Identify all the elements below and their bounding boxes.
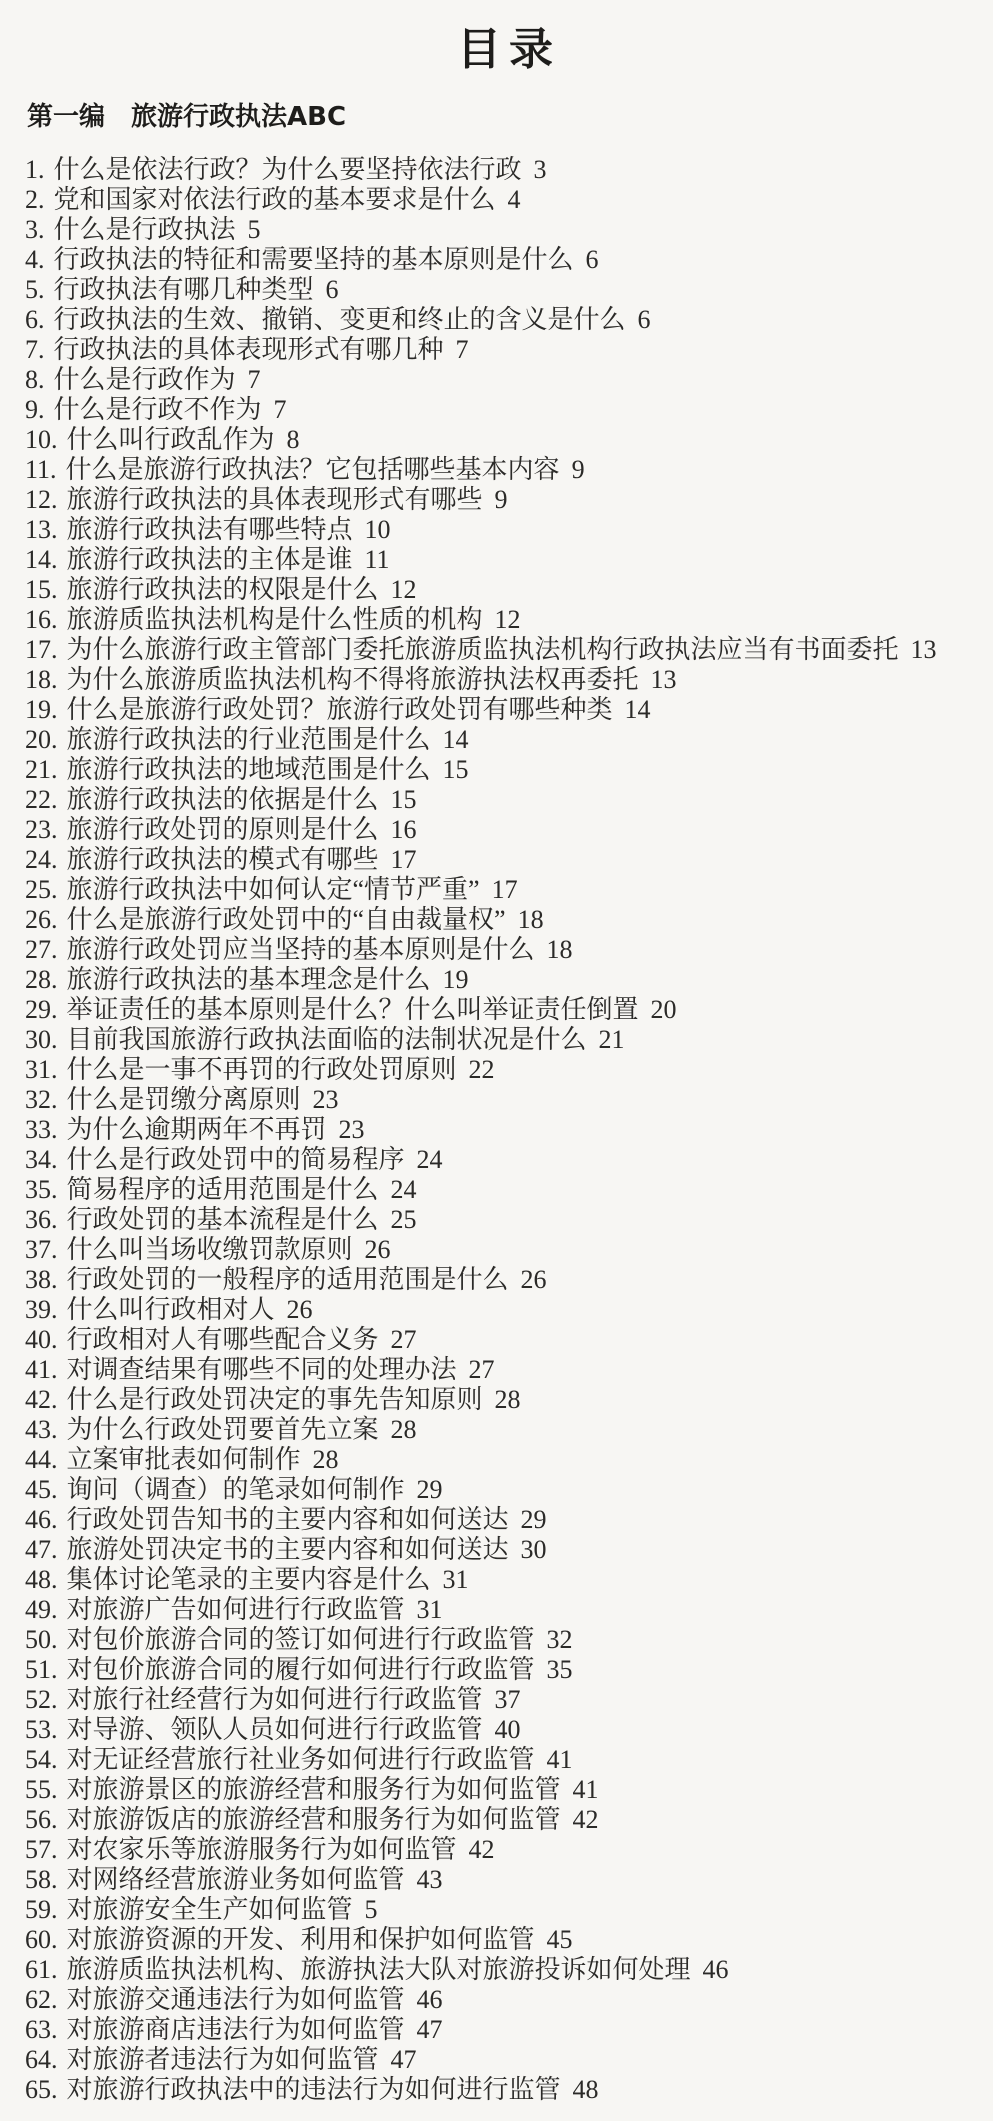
toc-entry-number: 36. xyxy=(25,1205,58,1235)
toc-entry: 39.什么叫行政相对人26 xyxy=(25,1295,985,1325)
toc-entry-number: 4. xyxy=(25,245,45,275)
toc-entry: 20.旅游行政执法的行业范围是什么14 xyxy=(25,725,985,755)
toc-entry-title: 旅游行政执法有哪些特点 xyxy=(67,515,353,544)
toc-entry-number: 27. xyxy=(25,935,58,965)
toc-entry-page: 17 xyxy=(492,875,518,905)
toc-entry: 32.什么是罚缴分离原则23 xyxy=(25,1085,985,1115)
toc-entry-page: 26 xyxy=(365,1235,391,1265)
toc-entry-title: 行政执法的特征和需要坚持的基本原则是什么 xyxy=(54,245,574,274)
toc-entry: 21.旅游行政执法的地域范围是什么15 xyxy=(25,755,985,785)
toc-entry-page: 24 xyxy=(417,1145,443,1175)
toc-entry-page: 4 xyxy=(508,185,521,215)
toc-entry: 28.旅游行政执法的基本理念是什么19 xyxy=(25,965,985,995)
toc-entry-number: 13. xyxy=(25,515,58,545)
toc-entry-title: 对无证经营旅行社业务如何进行行政监管 xyxy=(67,1745,535,1774)
toc-entry-number: 15. xyxy=(25,575,58,605)
toc-entry-title: 什么叫行政相对人 xyxy=(67,1295,275,1324)
toc-entry-page: 43 xyxy=(417,1865,443,1895)
toc-entry-title: 对旅游者违法行为如何监管 xyxy=(67,2045,379,2074)
toc-entry-title: 集体讨论笔录的主要内容是什么 xyxy=(67,1565,431,1594)
toc-entry-page: 22 xyxy=(469,1055,495,1085)
toc-entry-title: 行政处罚告知书的主要内容和如何送达 xyxy=(67,1505,509,1534)
toc-entry: 25.旅游行政执法中如何认定“情节严重”17 xyxy=(25,875,985,905)
toc-entry: 41.对调查结果有哪些不同的处理办法27 xyxy=(25,1355,985,1385)
toc-entry-number: 43. xyxy=(25,1415,58,1445)
toc-entry-title: 对包价旅游合同的签订如何进行行政监管 xyxy=(67,1625,535,1654)
toc-entry-page: 23 xyxy=(339,1115,365,1145)
toc-entry-number: 38. xyxy=(25,1265,58,1295)
toc-entry: 65.对旅游行政执法中的违法行为如何进行监管48 xyxy=(25,2075,985,2105)
toc-entry-title: 行政执法有哪几种类型 xyxy=(54,275,314,304)
toc-entry: 5.行政执法有哪几种类型6 xyxy=(25,275,985,305)
toc-entry-page: 41 xyxy=(573,1775,599,1805)
toc-entry-number: 59. xyxy=(25,1895,58,1925)
toc-entry-title: 询问（调查）的笔录如何制作 xyxy=(67,1475,405,1504)
toc-entry-page: 23 xyxy=(313,1085,339,1115)
toc-entry-number: 29. xyxy=(25,995,58,1025)
toc-entry: 42.什么是行政处罚决定的事先告知原则28 xyxy=(25,1385,985,1415)
toc-entry-title: 对旅游商店违法行为如何监管 xyxy=(67,2015,405,2044)
toc-entry-number: 44. xyxy=(25,1445,58,1475)
toc-entry-number: 17. xyxy=(25,635,58,665)
toc-entry-title: 对旅游安全生产如何监管 xyxy=(67,1895,353,1924)
toc-entry: 54.对无证经营旅行社业务如何进行行政监管41 xyxy=(25,1745,985,1775)
toc-entry-page: 29 xyxy=(417,1475,443,1505)
toc-entry-page: 24 xyxy=(391,1175,417,1205)
toc-entry-page: 31 xyxy=(417,1595,443,1625)
toc-entry: 10.什么叫行政乱作为8 xyxy=(25,425,985,455)
toc-entry-title: 旅游行政处罚应当坚持的基本原则是什么 xyxy=(67,935,535,964)
toc-entry-number: 49. xyxy=(25,1595,58,1625)
toc-entry: 45.询问（调查）的笔录如何制作29 xyxy=(25,1475,985,1505)
toc-entry: 18.为什么旅游质监执法机构不得将旅游执法权再委托13 xyxy=(25,665,985,695)
toc-entry-title: 什么是罚缴分离原则 xyxy=(67,1085,301,1114)
toc-entry-number: 56. xyxy=(25,1805,58,1835)
toc-entry: 47.旅游处罚决定书的主要内容和如何送达30 xyxy=(25,1535,985,1565)
toc-entry: 40.行政相对人有哪些配合义务27 xyxy=(25,1325,985,1355)
toc-entry: 1.什么是依法行政？为什么要坚持依法行政3 xyxy=(25,155,985,185)
toc-entry-number: 31. xyxy=(25,1055,58,1085)
toc-entry-title: 旅游行政执法的基本理念是什么 xyxy=(67,965,431,994)
toc-entry-page: 47 xyxy=(391,2045,417,2075)
toc-entry-number: 57. xyxy=(25,1835,58,1865)
toc-entry: 36.行政处罚的基本流程是什么25 xyxy=(25,1205,985,1235)
toc-entry-title: 对农家乐等旅游服务行为如何监管 xyxy=(67,1835,457,1864)
toc-entry-number: 47. xyxy=(25,1535,58,1565)
toc-entry-page: 46 xyxy=(417,1985,443,2015)
toc-entry-title: 为什么旅游质监执法机构不得将旅游执法权再委托 xyxy=(67,665,639,694)
toc-entry: 56.对旅游饭店的旅游经营和服务行为如何监管42 xyxy=(25,1805,985,1835)
toc-entry: 15.旅游行政执法的权限是什么12 xyxy=(25,575,985,605)
toc-entry-page: 28 xyxy=(313,1445,339,1475)
toc-entry: 52.对旅行社经营行为如何进行行政监管37 xyxy=(25,1685,985,1715)
toc-entry-number: 58. xyxy=(25,1865,58,1895)
toc-entry-title: 什么是依法行政？为什么要坚持依法行政 xyxy=(54,155,522,184)
toc-entry-number: 26. xyxy=(25,905,58,935)
toc-entry: 11.什么是旅游行政执法？它包括哪些基本内容9 xyxy=(25,455,985,485)
toc-entry-page: 40 xyxy=(495,1715,521,1745)
toc-entry: 7.行政执法的具体表现形式有哪几种7 xyxy=(25,335,985,365)
toc-entry-page: 15 xyxy=(443,755,469,785)
toc-entry-title: 旅游行政执法中如何认定“情节严重” xyxy=(67,875,480,904)
toc-entry-title: 对旅游饭店的旅游经营和服务行为如何监管 xyxy=(67,1805,561,1834)
toc-entry-title: 立案审批表如何制作 xyxy=(67,1445,301,1474)
toc-entry-page: 41 xyxy=(547,1745,573,1775)
toc-entry-page: 31 xyxy=(443,1565,469,1595)
toc-entry-title: 对旅行社经营行为如何进行行政监管 xyxy=(67,1685,483,1714)
toc-entry-number: 33. xyxy=(25,1115,58,1145)
toc-entry: 48.集体讨论笔录的主要内容是什么31 xyxy=(25,1565,985,1595)
toc-entry-title: 什么是行政执法 xyxy=(54,215,236,244)
toc-page: 目录 第一编 旅游行政执法ABC 1.什么是依法行政？为什么要坚持依法行政32.… xyxy=(0,0,993,2121)
toc-entry-number: 34. xyxy=(25,1145,58,1175)
toc-entry-page: 26 xyxy=(521,1265,547,1295)
toc-entry-title: 对调查结果有哪些不同的处理办法 xyxy=(67,1355,457,1384)
toc-entry-page: 30 xyxy=(521,1535,547,1565)
toc-entry: 29.举证责任的基本原则是什么？什么叫举证责任倒置20 xyxy=(25,995,985,1025)
toc-entry-number: 20. xyxy=(25,725,58,755)
toc-entry-title: 行政相对人有哪些配合义务 xyxy=(67,1325,379,1354)
toc-entry-number: 62. xyxy=(25,1985,58,2015)
toc-entry-title: 旅游行政执法的权限是什么 xyxy=(67,575,379,604)
toc-entry-page: 45 xyxy=(547,1925,573,1955)
toc-entry-page: 15 xyxy=(391,785,417,815)
page-title: 目录 xyxy=(25,24,985,76)
toc-entry: 58.对网络经营旅游业务如何监管43 xyxy=(25,1865,985,1895)
toc-entry-title: 什么是旅游行政处罚中的“自由裁量权” xyxy=(67,905,506,934)
toc-entry-title: 什么是旅游行政执法？它包括哪些基本内容 xyxy=(66,455,560,484)
toc-entry-title: 什么是行政作为 xyxy=(54,365,236,394)
toc-entry-page: 18 xyxy=(518,905,544,935)
toc-entry-page: 9 xyxy=(572,455,585,485)
toc-entry-page: 29 xyxy=(521,1505,547,1535)
toc-entry-title: 行政执法的具体表现形式有哪几种 xyxy=(54,335,444,364)
toc-entry-title: 旅游行政执法的主体是谁 xyxy=(67,545,353,574)
toc-entry-number: 7. xyxy=(25,335,45,365)
toc-entry-page: 21 xyxy=(599,1025,625,1055)
toc-entry: 19.什么是旅游行政处罚？旅游行政处罚有哪些种类14 xyxy=(25,695,985,725)
toc-entry-title: 旅游行政执法的行业范围是什么 xyxy=(67,725,431,754)
toc-entry: 34.什么是行政处罚中的简易程序24 xyxy=(25,1145,985,1175)
toc-entry: 59.对旅游安全生产如何监管5 xyxy=(25,1895,985,1925)
toc-entry-number: 6. xyxy=(25,305,45,335)
toc-entry-number: 30. xyxy=(25,1025,58,1055)
toc-entry-number: 42. xyxy=(25,1385,58,1415)
toc-entry-number: 22. xyxy=(25,785,58,815)
toc-entry-page: 7 xyxy=(274,395,287,425)
toc-entry-number: 8. xyxy=(25,365,45,395)
toc-entry-page: 14 xyxy=(625,695,651,725)
toc-entry-page: 25 xyxy=(391,1205,417,1235)
toc-entry-page: 37 xyxy=(495,1685,521,1715)
toc-entry: 9.什么是行政不作为7 xyxy=(25,395,985,425)
toc-entry-title: 行政处罚的基本流程是什么 xyxy=(67,1205,379,1234)
toc-entry-number: 45. xyxy=(25,1475,58,1505)
toc-entry-title: 旅游质监执法机构是什么性质的机构 xyxy=(67,605,483,634)
toc-entry-title: 什么叫行政乱作为 xyxy=(67,425,275,454)
toc-entry-number: 28. xyxy=(25,965,58,995)
toc-entry-title: 对旅游广告如何进行行政监管 xyxy=(67,1595,405,1624)
toc-entry-page: 13 xyxy=(911,635,937,665)
toc-entry-number: 14. xyxy=(25,545,58,575)
toc-entry-number: 50. xyxy=(25,1625,58,1655)
toc-entry-number: 63. xyxy=(25,2015,58,2045)
toc-entry-title: 为什么逾期两年不再罚 xyxy=(67,1115,327,1144)
toc-entry-page: 32 xyxy=(547,1625,573,1655)
toc-entry-number: 25. xyxy=(25,875,58,905)
toc-entry-title: 对旅游行政执法中的违法行为如何进行监管 xyxy=(67,2075,561,2104)
toc-entry-number: 21. xyxy=(25,755,58,785)
toc-entry-title: 什么是一事不再罚的行政处罚原则 xyxy=(67,1055,457,1084)
toc-entry-page: 6 xyxy=(638,305,651,335)
toc-list: 1.什么是依法行政？为什么要坚持依法行政32.党和国家对依法行政的基本要求是什么… xyxy=(25,155,985,2105)
toc-entry: 26.什么是旅游行政处罚中的“自由裁量权”18 xyxy=(25,905,985,935)
toc-entry-page: 46 xyxy=(703,1955,729,1985)
toc-entry-number: 54. xyxy=(25,1745,58,1775)
toc-entry-number: 10. xyxy=(25,425,58,455)
toc-entry-page: 35 xyxy=(547,1655,573,1685)
toc-entry: 55.对旅游景区的旅游经营和服务行为如何监管41 xyxy=(25,1775,985,1805)
toc-entry-page: 5 xyxy=(365,1895,378,1925)
toc-entry-title: 简易程序的适用范围是什么 xyxy=(67,1175,379,1204)
toc-entry-page: 10 xyxy=(365,515,391,545)
toc-entry-title: 党和国家对依法行政的基本要求是什么 xyxy=(54,185,496,214)
toc-entry-title: 旅游行政执法的依据是什么 xyxy=(67,785,379,814)
toc-entry: 38.行政处罚的一般程序的适用范围是什么26 xyxy=(25,1265,985,1295)
toc-entry-number: 24. xyxy=(25,845,58,875)
toc-entry-title: 旅游处罚决定书的主要内容和如何送达 xyxy=(67,1535,509,1564)
toc-entry: 61.旅游质监执法机构、旅游执法大队对旅游投诉如何处理46 xyxy=(25,1955,985,1985)
toc-entry: 44.立案审批表如何制作28 xyxy=(25,1445,985,1475)
toc-entry: 50.对包价旅游合同的签订如何进行行政监管32 xyxy=(25,1625,985,1655)
toc-entry-page: 20 xyxy=(651,995,677,1025)
toc-entry: 24.旅游行政执法的模式有哪些17 xyxy=(25,845,985,875)
toc-entry-page: 6 xyxy=(326,275,339,305)
toc-entry: 31.什么是一事不再罚的行政处罚原则22 xyxy=(25,1055,985,1085)
toc-entry-page: 16 xyxy=(391,815,417,845)
toc-entry-page: 7 xyxy=(248,365,261,395)
toc-entry: 6.行政执法的生效、撤销、变更和终止的含义是什么6 xyxy=(25,305,985,335)
toc-entry-number: 55. xyxy=(25,1775,58,1805)
toc-entry: 63.对旅游商店违法行为如何监管47 xyxy=(25,2015,985,2045)
toc-entry-page: 42 xyxy=(573,1805,599,1835)
toc-entry-number: 1. xyxy=(25,155,45,185)
toc-entry-number: 19. xyxy=(25,695,58,725)
toc-entry-title: 什么是行政不作为 xyxy=(54,395,262,424)
toc-entry-page: 14 xyxy=(443,725,469,755)
toc-entry: 27.旅游行政处罚应当坚持的基本原则是什么18 xyxy=(25,935,985,965)
toc-entry-page: 18 xyxy=(547,935,573,965)
toc-entry-page: 5 xyxy=(248,215,261,245)
toc-entry-title: 什么是行政处罚中的简易程序 xyxy=(67,1145,405,1174)
toc-entry-number: 2. xyxy=(25,185,45,215)
toc-entry-page: 19 xyxy=(443,965,469,995)
toc-entry: 23.旅游行政处罚的原则是什么16 xyxy=(25,815,985,845)
toc-entry-title: 为什么旅游行政主管部门委托旅游质监执法机构行政执法应当有书面委托 xyxy=(67,635,899,664)
toc-entry-number: 5. xyxy=(25,275,45,305)
toc-entry-number: 32. xyxy=(25,1085,58,1115)
toc-entry-page: 12 xyxy=(495,605,521,635)
toc-entry-title: 什么叫当场收缴罚款原则 xyxy=(67,1235,353,1264)
toc-entry-title: 对包价旅游合同的履行如何进行行政监管 xyxy=(67,1655,535,1684)
toc-entry-number: 64. xyxy=(25,2045,58,2075)
toc-entry-number: 61. xyxy=(25,1955,58,1985)
toc-entry: 43.为什么行政处罚要首先立案28 xyxy=(25,1415,985,1445)
toc-entry-number: 3. xyxy=(25,215,45,245)
toc-entry: 16.旅游质监执法机构是什么性质的机构12 xyxy=(25,605,985,635)
toc-entry-title: 旅游行政执法的模式有哪些 xyxy=(67,845,379,874)
toc-entry-number: 52. xyxy=(25,1685,58,1715)
toc-entry: 22.旅游行政执法的依据是什么15 xyxy=(25,785,985,815)
toc-entry-page: 27 xyxy=(469,1355,495,1385)
toc-entry-page: 48 xyxy=(573,2075,599,2105)
toc-entry: 64.对旅游者违法行为如何监管47 xyxy=(25,2045,985,2075)
toc-entry-number: 23. xyxy=(25,815,58,845)
toc-entry-number: 65. xyxy=(25,2075,58,2105)
toc-entry-title: 对旅游资源的开发、利用和保护如何监管 xyxy=(67,1925,535,1954)
toc-entry-title: 旅游质监执法机构、旅游执法大队对旅游投诉如何处理 xyxy=(67,1955,691,1984)
toc-entry-page: 17 xyxy=(391,845,417,875)
toc-entry-page: 28 xyxy=(495,1385,521,1415)
toc-entry-page: 27 xyxy=(391,1325,417,1355)
toc-entry: 62.对旅游交通违法行为如何监管46 xyxy=(25,1985,985,2015)
toc-entry-title: 对导游、领队人员如何进行行政监管 xyxy=(67,1715,483,1744)
toc-entry-page: 11 xyxy=(365,545,390,575)
toc-entry-title: 什么是旅游行政处罚？旅游行政处罚有哪些种类 xyxy=(67,695,613,724)
toc-entry: 60.对旅游资源的开发、利用和保护如何监管45 xyxy=(25,1925,985,1955)
toc-entry-page: 9 xyxy=(495,485,508,515)
toc-entry-title: 对网络经营旅游业务如何监管 xyxy=(67,1865,405,1894)
toc-entry-number: 16. xyxy=(25,605,58,635)
toc-entry-page: 26 xyxy=(287,1295,313,1325)
toc-entry-number: 37. xyxy=(25,1235,58,1265)
toc-entry-number: 51. xyxy=(25,1655,58,1685)
toc-entry-number: 48. xyxy=(25,1565,58,1595)
toc-entry-number: 18. xyxy=(25,665,58,695)
toc-entry-number: 9. xyxy=(25,395,45,425)
toc-entry: 4.行政执法的特征和需要坚持的基本原则是什么6 xyxy=(25,245,985,275)
toc-entry-title: 什么是行政处罚决定的事先告知原则 xyxy=(67,1385,483,1414)
toc-entry-title: 举证责任的基本原则是什么？什么叫举证责任倒置 xyxy=(67,995,639,1024)
toc-entry-page: 6 xyxy=(586,245,599,275)
toc-entry-number: 53. xyxy=(25,1715,58,1745)
toc-entry-page: 42 xyxy=(469,1835,495,1865)
toc-entry: 33.为什么逾期两年不再罚23 xyxy=(25,1115,985,1145)
toc-entry: 14.旅游行政执法的主体是谁11 xyxy=(25,545,985,575)
toc-entry-number: 12. xyxy=(25,485,58,515)
toc-entry-title: 旅游行政处罚的原则是什么 xyxy=(67,815,379,844)
toc-entry-number: 40. xyxy=(25,1325,58,1355)
toc-entry: 49.对旅游广告如何进行行政监管31 xyxy=(25,1595,985,1625)
toc-entry: 3.什么是行政执法5 xyxy=(25,215,985,245)
toc-entry-number: 35. xyxy=(25,1175,58,1205)
toc-entry-title: 旅游行政执法的地域范围是什么 xyxy=(67,755,431,784)
toc-entry-number: 46. xyxy=(25,1505,58,1535)
toc-entry-number: 60. xyxy=(25,1925,58,1955)
toc-entry-number: 39. xyxy=(25,1295,58,1325)
toc-entry-title: 对旅游交通违法行为如何监管 xyxy=(67,1985,405,2014)
toc-entry: 37.什么叫当场收缴罚款原则26 xyxy=(25,1235,985,1265)
toc-entry: 53.对导游、领队人员如何进行行政监管40 xyxy=(25,1715,985,1745)
toc-entry-title: 为什么行政处罚要首先立案 xyxy=(67,1415,379,1444)
toc-entry-page: 3 xyxy=(534,155,547,185)
toc-entry-title: 行政执法的生效、撤销、变更和终止的含义是什么 xyxy=(54,305,626,334)
toc-entry: 30.目前我国旅游行政执法面临的法制状况是什么21 xyxy=(25,1025,985,1055)
toc-entry: 35.简易程序的适用范围是什么24 xyxy=(25,1175,985,1205)
toc-entry: 8.什么是行政作为7 xyxy=(25,365,985,395)
toc-entry: 12.旅游行政执法的具体表现形式有哪些9 xyxy=(25,485,985,515)
section-heading: 第一编 旅游行政执法ABC xyxy=(27,102,985,132)
toc-entry-page: 47 xyxy=(417,2015,443,2045)
toc-entry-page: 28 xyxy=(391,1415,417,1445)
toc-entry: 46.行政处罚告知书的主要内容和如何送达29 xyxy=(25,1505,985,1535)
toc-entry-page: 7 xyxy=(456,335,469,365)
toc-entry-title: 对旅游景区的旅游经营和服务行为如何监管 xyxy=(67,1775,561,1804)
toc-entry-page: 8 xyxy=(287,425,300,455)
toc-entry-number: 41. xyxy=(25,1355,58,1385)
toc-entry-title: 目前我国旅游行政执法面临的法制状况是什么 xyxy=(67,1025,587,1054)
toc-entry-title: 行政处罚的一般程序的适用范围是什么 xyxy=(67,1265,509,1294)
toc-entry: 17.为什么旅游行政主管部门委托旅游质监执法机构行政执法应当有书面委托13 xyxy=(25,635,985,665)
toc-entry: 13.旅游行政执法有哪些特点10 xyxy=(25,515,985,545)
toc-entry-page: 12 xyxy=(391,575,417,605)
toc-entry: 57.对农家乐等旅游服务行为如何监管42 xyxy=(25,1835,985,1865)
toc-entry-number: 11. xyxy=(25,455,57,485)
toc-entry: 51.对包价旅游合同的履行如何进行行政监管35 xyxy=(25,1655,985,1685)
toc-entry-title: 旅游行政执法的具体表现形式有哪些 xyxy=(67,485,483,514)
toc-entry: 2.党和国家对依法行政的基本要求是什么4 xyxy=(25,185,985,215)
toc-entry-page: 13 xyxy=(651,665,677,695)
